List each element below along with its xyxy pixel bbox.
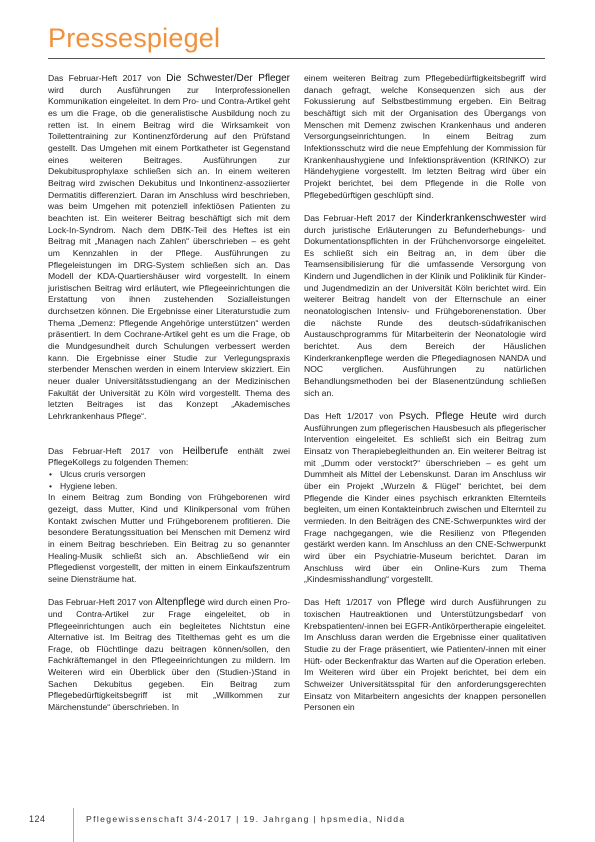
paragraph-body: wird durch Ausführungen zu toxischen Hau…: [304, 597, 546, 712]
topic-item: Hygiene leben.: [48, 481, 290, 493]
left-column: Das Februar-Heft 2017 von Die Schwester/…: [48, 73, 290, 725]
magazine-name: Altenpflege: [155, 597, 205, 608]
paragraph-lead: Das Februar-Heft 2017 von: [48, 597, 155, 607]
page-title: Pressespiegel: [48, 22, 220, 54]
topic-item: Ulcus cruris versorgen: [48, 469, 290, 481]
header-rule: [48, 58, 545, 59]
right-column: einem weiteren Beitrag zum Pflegebedürft…: [304, 73, 546, 726]
review-heilberufe: Das Februar-Heft 2017 von Heilberufe ent…: [48, 446, 290, 586]
page-number: 124: [29, 814, 46, 824]
paragraph-lead: Das Heft 1/2017 von: [304, 597, 397, 607]
magazine-name: Psych. Pflege Heute: [399, 411, 497, 422]
review-altenpflege-continued: einem weiteren Beitrag zum Pflegebedürft…: [304, 73, 546, 201]
paragraph-lead: Das Februar-Heft 2017 von: [48, 446, 183, 456]
review-pflege: Das Heft 1/2017 von Pflege wird durch Au…: [304, 597, 546, 714]
topic-list: Ulcus cruris versorgen Hygiene leben.: [48, 469, 290, 492]
review-kinderkrankenschwester: Das Februar-Heft 2017 der Kinderkrankens…: [304, 213, 546, 400]
paragraph-lead: Das Februar-Heft 2017 der: [304, 213, 417, 223]
paragraph-body: wird durch Ausführungen zur Interprofess…: [48, 85, 290, 421]
magazine-name: Pflege: [397, 597, 425, 608]
paragraph-body: wird durch Ausführungen zum pflegerische…: [304, 411, 546, 584]
paragraph-body: wird durch einen Pro- und Contra-Artikel…: [48, 597, 290, 712]
review-die-schwester: Das Februar-Heft 2017 von Die Schwester/…: [48, 73, 290, 423]
paragraph-lead: Das Februar-Heft 2017 von: [48, 73, 166, 83]
review-psych-pflege-heute: Das Heft 1/2017 von Psych. Pflege Heute …: [304, 411, 546, 586]
footer-publication: Pflegewissenschaft 3/4-2017 | 19. Jahrga…: [86, 814, 406, 824]
review-altenpflege: Das Februar-Heft 2017 von Altenpflege wi…: [48, 597, 290, 714]
magazine-name: Heilberufe: [183, 446, 229, 457]
paragraph-body: wird durch juristische Erläuterungen zu …: [304, 213, 546, 398]
paragraph-body: In einem Beitrag zum Bonding von Frühgeb…: [48, 492, 290, 585]
paragraph-lead: Das Heft 1/2017 von: [304, 411, 399, 421]
magazine-name: Kinderkrankenschwester: [417, 213, 527, 224]
footer-divider: [73, 808, 74, 842]
magazine-name: Die Schwester/Der Pfleger: [166, 73, 290, 84]
